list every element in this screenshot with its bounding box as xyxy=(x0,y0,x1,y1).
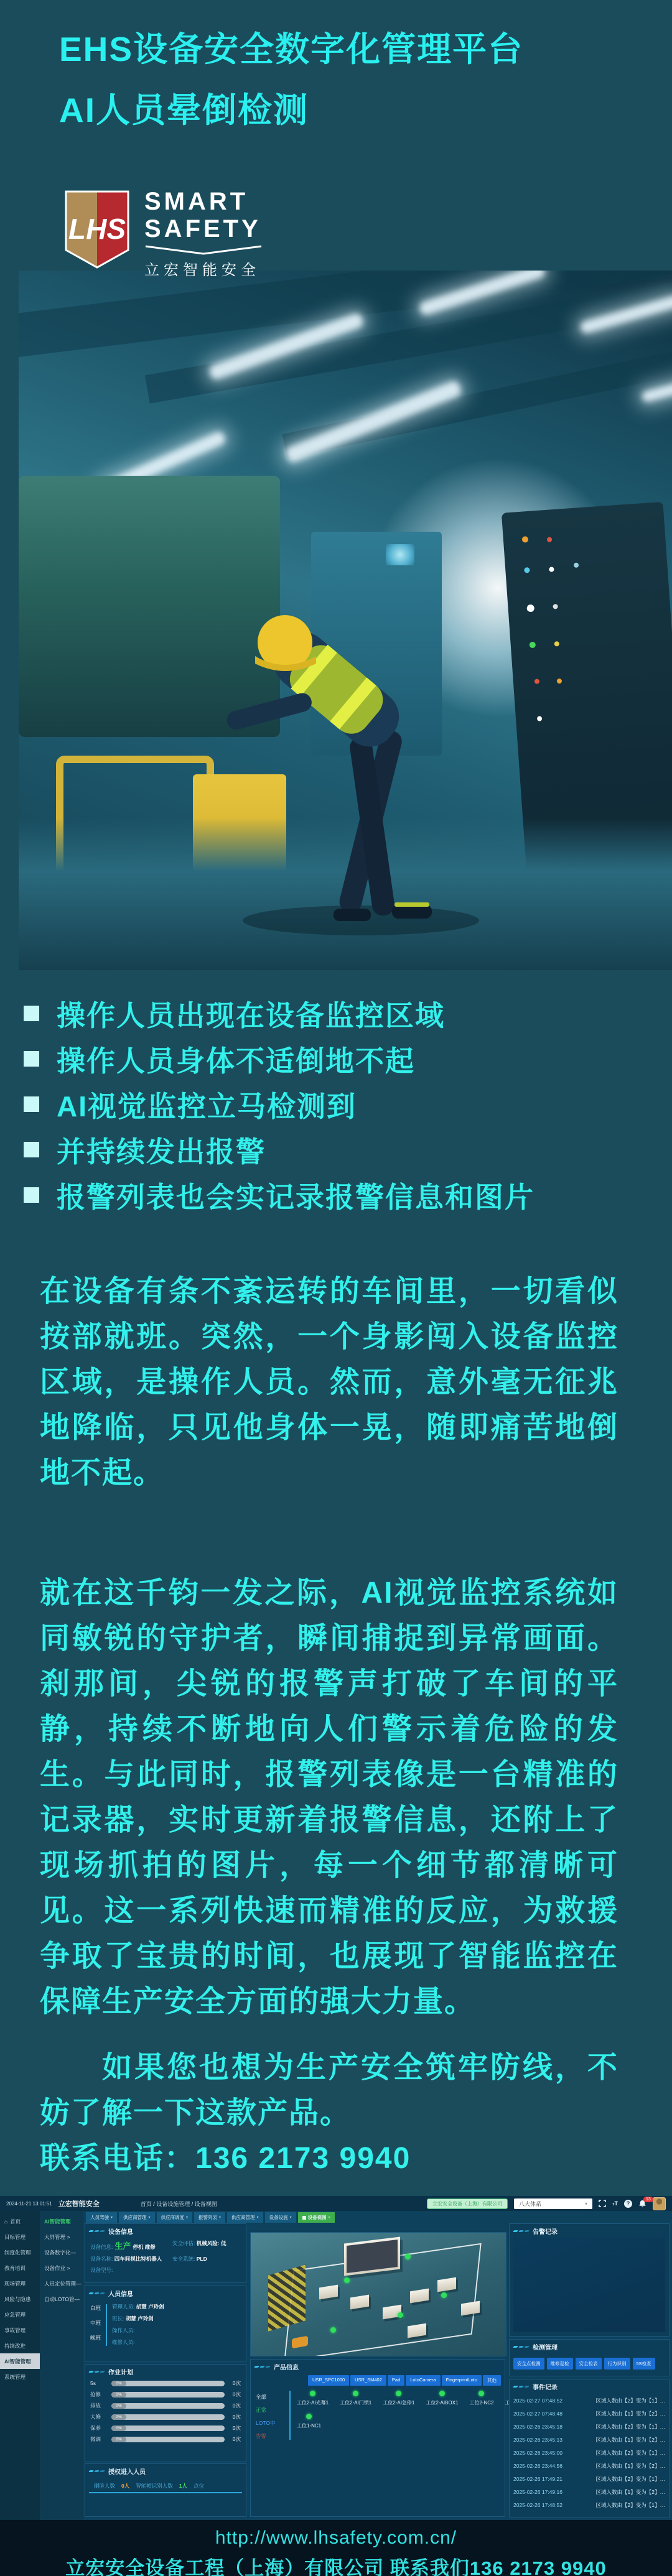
wave-icon xyxy=(89,2292,105,2294)
logo-smart: SMART xyxy=(144,188,263,215)
list-item: 操作人员出现在设备监控区域 xyxy=(24,991,534,1036)
submenu-person-location[interactable]: 人员定位管理— xyxy=(40,2276,83,2291)
status-dot-icon xyxy=(439,2391,445,2396)
progress-bar: 0% xyxy=(111,2414,225,2420)
event-row[interactable]: 2025-02-26 17:48:52区域人数由【2】变为【1】… xyxy=(513,2498,665,2511)
bullet-text: 操作人员身体不适倒地不起 xyxy=(57,1039,415,1080)
chevron-down-icon: ▾ xyxy=(111,2215,113,2220)
station-item[interactable]: 工位2-AIBOX1 xyxy=(426,2391,458,2406)
bullet-square-icon xyxy=(24,1096,39,1112)
submenu-device-job[interactable]: 设备作业 > xyxy=(40,2260,83,2276)
lhs-monogram: LHS xyxy=(68,213,126,245)
event-row[interactable]: 2025-02-26 17:49:16区域人数由【1】变为【2】… xyxy=(513,2485,665,2498)
staff-row: 操作人员: xyxy=(112,2327,164,2334)
panel-header: 产品信息 xyxy=(251,2360,505,2373)
access-stats-row: 刷脸人数0人 智能帽识别人数1人 点位 xyxy=(89,2477,242,2493)
shift-labels: 白班 中班 晚班 xyxy=(90,2304,107,2346)
wave-icon xyxy=(89,2371,105,2373)
wave-icon xyxy=(89,2230,105,2232)
topbar-brand: 立宏智能安全 xyxy=(58,2198,100,2208)
bullet-text: 报警列表也会实记录报警信息和图片 xyxy=(57,1175,534,1216)
status-dot-icon xyxy=(310,2391,315,2396)
fullscreen-icon[interactable] xyxy=(599,2200,606,2207)
panel-header: 人员信息 xyxy=(85,2286,246,2299)
tab-item[interactable]: 供应商管理▾ xyxy=(119,2212,155,2223)
sidebar-item-institution[interactable]: 制度化管理 xyxy=(0,2245,40,2260)
logo-chevron-icon xyxy=(144,245,263,255)
chevron-down-icon: ▾ xyxy=(329,2215,330,2220)
bullet-text: 操作人员出现在设备监控区域 xyxy=(57,993,445,1034)
contact-phone: 联系电话：136 2173 9940 xyxy=(40,2136,618,2181)
scene-machine xyxy=(461,2301,480,2316)
falling-worker-figure xyxy=(205,569,504,942)
plan-row: 保养0%0次 xyxy=(85,2422,246,2434)
panel-header: 告警记录 xyxy=(510,2224,669,2237)
submenu-ai-management[interactable]: AI智能管理 xyxy=(40,2213,83,2229)
staff-info-panel: 人员信息 白班 中班 晚班 管理人员: 胡慧 卢玲剑 班长: 胡慧 卢玲剑 操作… xyxy=(85,2286,246,2361)
story-paragraph-2: 就在这千钧一发之际，AI视觉监控系统如同敏锐的守护者，瞬间捕捉到异常画面。刹那间… xyxy=(40,1570,618,2024)
sidebar-primary: ⌂首页 目标管理 制度化管理 教育培训 现场管理 风险与隐患 应急管理 事故管理… xyxy=(0,2211,40,2520)
status-dot-icon xyxy=(306,2414,312,2419)
tab-item[interactable]: 供应商管理▾ xyxy=(227,2212,263,2223)
detect-management-panel: 检测管理 安全点检测 维修巡检 安全检表 行为识别 5S检查 xyxy=(509,2339,670,2376)
device-info-panel: 设备信息 设备信息:生产停机 维修 安全评估: 机械风险: 低 设备名称: 四车… xyxy=(85,2223,246,2283)
bullet-square-icon xyxy=(24,1051,39,1067)
status-legend: 全部 正常 LOTO中 告警 xyxy=(256,2391,291,2440)
progress-bar: 0% xyxy=(111,2392,225,2398)
scene-status-dot xyxy=(405,2254,411,2259)
device-model-field: 设备型号: xyxy=(90,2266,172,2274)
detect-button[interactable]: 安全检表 xyxy=(576,2358,602,2370)
wave-icon xyxy=(89,2470,105,2472)
topbar-timestamp: 2024-11-21 13:01:51 xyxy=(6,2201,52,2207)
scene-status-dot xyxy=(441,2292,447,2298)
scene-status-dot xyxy=(344,2277,350,2283)
title-line-2: AI人员晕倒检测 xyxy=(59,80,523,141)
tab-item[interactable]: 设备设施▾ xyxy=(265,2212,296,2223)
authorized-entry-panel: 授权进入人员 刷脸人数0人 智能帽识别人数1人 点位 xyxy=(85,2463,246,2517)
list-item: 报警列表也会实记录报警信息和图片 xyxy=(24,1172,534,1218)
sidebar-item-goals[interactable]: 目标管理 xyxy=(0,2229,40,2245)
device-type-button[interactable]: USR_SM402 xyxy=(350,2375,386,2386)
status-dot-icon xyxy=(353,2391,358,2396)
plan-row: 微调0%0次 xyxy=(85,2434,246,2445)
plan-row: 抢修0%0次 xyxy=(85,2389,246,2400)
station-item[interactable]: 工位2-AI门锁1 xyxy=(340,2391,371,2406)
logo-wordmark: SMART SAFETY 立宏智能安全 xyxy=(144,188,263,279)
app-main: 人员驾驶▾ 供应商管理▾ 供应商调度▾ 报警列表▾ 供应商管理▾ 设备设施▾ 设… xyxy=(83,2211,672,2520)
cta-text: 如果您也想为生产安全筑牢防线，不妨了解一下这款产品。 xyxy=(40,2045,618,2136)
tab-device-view-active[interactable]: 设备视图▾ xyxy=(298,2212,335,2223)
submenu-device-digital[interactable]: 设备数字化— xyxy=(40,2245,83,2260)
scene-status-dot xyxy=(330,2327,336,2333)
event-row[interactable]: 2025-02-26 23:44:56区域人数由【1】变为【2】… xyxy=(513,2459,665,2472)
app-screenshot: 2024-11-21 13:01:51 立宏智能安全 首页 / 设备设施管理 /… xyxy=(0,2196,672,2520)
tab-icon xyxy=(302,2216,306,2220)
station-item[interactable]: 工位2-NC2 xyxy=(469,2391,493,2406)
staff-row: 管理人员: 胡慧 卢玲剑 xyxy=(112,2303,164,2310)
tab-item[interactable]: 报警列表▾ xyxy=(194,2212,225,2223)
company-badge[interactable]: 立宏安全设备（上海）有限公司 xyxy=(427,2198,508,2209)
footer-company: 立宏安全设备工程（上海）有限公司 联系我们136 2173 9940 xyxy=(0,2552,672,2576)
panel-header: 授权进入人员 xyxy=(85,2464,246,2477)
sidebar-item-accident[interactable]: 事故管理 xyxy=(0,2322,40,2338)
status-dot-icon xyxy=(478,2391,484,2396)
plan-row: 排故0%0次 xyxy=(85,2400,246,2411)
app-topbar: 2024-11-21 13:01:51 立宏智能安全 首页 / 设备设施管理 /… xyxy=(0,2196,672,2211)
legend-loto[interactable]: LOTO中 xyxy=(256,2419,283,2427)
wave-icon xyxy=(513,2230,529,2232)
device-type-buttons: USR_SPC1000 USR_SM402 Pad LotoCamera Fin… xyxy=(251,2373,505,2389)
chevron-down-icon: ▾ xyxy=(149,2215,151,2220)
device-type-button[interactable]: LotoCamera xyxy=(406,2375,440,2386)
device-name-field: 设备名称: 四车间视比特机器人 xyxy=(90,2255,172,2263)
detect-button[interactable]: 行为识别 xyxy=(604,2358,630,2370)
legend-normal[interactable]: 正常 xyxy=(256,2406,283,2414)
scene-status-dot xyxy=(398,2312,403,2318)
sidebar-item-site[interactable]: 现场管理 xyxy=(0,2276,40,2291)
panel-header: 检测管理 xyxy=(510,2340,669,2353)
workshop-photo xyxy=(19,271,672,970)
bullet-square-icon xyxy=(24,1187,39,1203)
staff-row: 维修人员: xyxy=(112,2338,164,2346)
logo-safety: SAFETY xyxy=(144,215,263,243)
poster-footer: http://www.lhsafety.com.cn/ 立宏安全设备工程（上海）… xyxy=(0,2520,672,2576)
sidebar-secondary: AI智能管理 大屏管理 > 设备数字化— 设备作业 > 人员定位管理— 自动LO… xyxy=(40,2211,83,2520)
bullet-text: 并持续发出报警 xyxy=(57,1129,266,1170)
chevron-down-icon: ▾ xyxy=(257,2215,259,2220)
wave-icon xyxy=(513,2386,529,2388)
chevron-down-icon: ▾ xyxy=(585,2201,587,2207)
sidebar-item-training[interactable]: 教育培训 xyxy=(0,2260,40,2276)
chevron-down-icon: ▾ xyxy=(186,2215,188,2220)
panel-header: 设备信息 xyxy=(85,2224,246,2237)
alarm-empty-area xyxy=(513,2238,665,2332)
device-type-button[interactable]: 其他 xyxy=(483,2375,501,2386)
tab-strip: 人员驾驶▾ 供应商管理▾ 供应商调度▾ 报警列表▾ 供应商管理▾ 设备设施▾ 设… xyxy=(86,2212,335,2223)
event-record-panel: 事件记录 2025-02-27 07:48:52区域人数由【2】变为【1】… 2… xyxy=(509,2379,670,2518)
panel-header: 事件记录 xyxy=(510,2379,669,2393)
sidebar-item-improve[interactable]: 持续改进 xyxy=(0,2338,40,2353)
plan-row: 大修0%0次 xyxy=(85,2411,246,2422)
list-item: 操作人员身体不适倒地不起 xyxy=(24,1036,534,1082)
safety-system-field: 安全系统: PLD xyxy=(172,2255,241,2263)
event-row[interactable]: 2025-02-27 07:48:48区域人数由【1】变为【2】… xyxy=(513,2407,665,2420)
legend-all[interactable]: 全部 xyxy=(256,2393,283,2401)
feature-bullet-list: 操作人员出现在设备监控区域 操作人员身体不适倒地不起 AI视觉监控立马检测到 并… xyxy=(24,991,534,1218)
submenu-auto-loto[interactable]: 自动LOTO管— xyxy=(40,2291,83,2307)
photo-cabinet-screen xyxy=(386,544,414,565)
event-row[interactable]: 2025-02-26 23:45:18区域人数由【2】变为【1】… xyxy=(513,2420,665,2433)
sidebar-item-ai[interactable]: AI智能管理 xyxy=(0,2353,40,2369)
plan-row: 5s0%0次 xyxy=(85,2378,246,2389)
alarm-record-panel: 告警记录 xyxy=(509,2223,670,2337)
detect-button[interactable]: 安全点检测 xyxy=(513,2358,544,2370)
tab-item[interactable]: 供应商调度▾ xyxy=(157,2212,193,2223)
product-info-panel: 产品信息 USR_SPC1000 USR_SM402 Pad LotoCamer… xyxy=(250,2359,505,2517)
home-icon: ⌂ xyxy=(4,2218,7,2225)
staff-row: 班长: 胡慧 卢玲剑 xyxy=(112,2315,164,2322)
poster: EHS设备安全数字化管理平台 AI人员晕倒检测 LHS SMART SAFETY… xyxy=(0,0,672,2576)
list-item: AI视觉监控立马检测到 xyxy=(24,1082,534,1127)
story-paragraph-3: 如果您也想为生产安全筑牢防线，不妨了解一下这款产品。 联系电话：136 2173… xyxy=(40,2045,618,2181)
event-row[interactable]: 2025-02-26 23:45:00区域人数由【2】变为【1】… xyxy=(513,2446,665,2459)
progress-bar: 0% xyxy=(111,2381,225,2386)
work-plan-panel: 作业计划 5s0%0次 抢修0%0次 排故0%0次 大修0%0次 保养0%0次 … xyxy=(85,2364,246,2462)
avatar[interactable] xyxy=(653,2197,666,2210)
station-item[interactable]: 工位2-AI急停1 xyxy=(383,2391,414,2406)
sidebar-item-system[interactable]: 系统管理 xyxy=(0,2369,40,2384)
brand-logo: LHS SMART SAFETY 立宏智能安全 xyxy=(62,188,263,279)
station-item[interactable]: 工位2-AI光幕1 xyxy=(297,2391,329,2406)
lhs-shield-icon: LHS xyxy=(62,188,132,271)
story-paragraph-1: 在设备有条不紊运转的车间里，一切看似按部就班。突然，一个身影闯入设备监控区域，是… xyxy=(40,1269,618,1496)
chevron-down-icon: ▾ xyxy=(290,2215,292,2220)
detect-button[interactable]: 5S检查 xyxy=(633,2358,655,2370)
device-type-button[interactable]: FingerprintLoto xyxy=(442,2375,482,2386)
poster-title: EHS设备安全数字化管理平台 AI人员晕倒检测 xyxy=(59,19,523,141)
scene-hatch-area xyxy=(268,2264,306,2331)
wave-icon xyxy=(513,2346,529,2348)
sidebar-item-risk[interactable]: 风险与隐患 xyxy=(0,2291,40,2307)
wave-icon xyxy=(254,2366,270,2368)
bullet-square-icon xyxy=(24,1142,39,1157)
notification-badge: 13 xyxy=(643,2197,653,2202)
detect-button[interactable]: 维修巡检 xyxy=(547,2358,573,2370)
device-type-button[interactable]: Pad xyxy=(388,2375,404,2386)
help-icon[interactable]: ? xyxy=(624,2200,632,2208)
legend-alarm[interactable]: 告警 xyxy=(256,2432,283,2440)
status-dot-icon xyxy=(396,2391,401,2396)
breadcrumb: 首页 / 设备设施管理 / 设备视图 xyxy=(141,2200,217,2208)
factory-3d-view[interactable] xyxy=(250,2232,506,2356)
sidebar-item-home[interactable]: ⌂首页 xyxy=(0,2213,40,2229)
notification-bell-icon[interactable]: 13 xyxy=(638,2200,646,2208)
station-item[interactable]: 工位1-NC1 xyxy=(297,2414,321,2429)
progress-bar: 0% xyxy=(111,2437,225,2442)
system-select[interactable]: 八大体系▾ xyxy=(514,2198,592,2209)
bullet-text: AI视觉监控立马检测到 xyxy=(57,1084,357,1125)
event-row[interactable]: 2025-02-27 07:48:52区域人数由【2】变为【1】… xyxy=(513,2394,665,2407)
safety-assess-field: 安全评估: 机械风险: 低 xyxy=(172,2240,241,2251)
progress-bar: 0% xyxy=(111,2403,225,2409)
submenu-screen-management[interactable]: 大屏管理 > xyxy=(40,2229,83,2245)
list-item: 并持续发出报警 xyxy=(24,1127,534,1172)
progress-bar: 0% xyxy=(111,2425,225,2431)
title-line-1: EHS设备安全数字化管理平台 xyxy=(59,19,523,80)
footer-url: http://www.lhsafety.com.cn/ xyxy=(0,2527,672,2549)
device-type-button[interactable]: USR_SPC1000 xyxy=(308,2375,349,2386)
scene-building xyxy=(344,2236,400,2276)
logo-cn: 立宏智能安全 xyxy=(144,257,263,279)
event-row[interactable]: 2025-02-26 23:45:13区域人数由【1】变为【2】… xyxy=(513,2433,665,2446)
sidebar-item-emergency[interactable]: 应急管理 xyxy=(0,2307,40,2322)
event-row[interactable]: 2025-02-26 17:49:21区域人数由【2】变为【1】… xyxy=(513,2472,665,2485)
tab-item[interactable]: 人员驾驶▾ xyxy=(86,2212,117,2223)
panel-header: 作业计划 xyxy=(85,2365,246,2378)
system-select-value: 八大体系 xyxy=(519,2200,541,2208)
chevron-down-icon: ▾ xyxy=(219,2215,221,2220)
font-size-icon[interactable]: ₜT xyxy=(612,2200,618,2207)
bullet-square-icon xyxy=(24,1006,39,1021)
device-status-field: 设备信息:生产停机 维修 xyxy=(90,2240,172,2251)
